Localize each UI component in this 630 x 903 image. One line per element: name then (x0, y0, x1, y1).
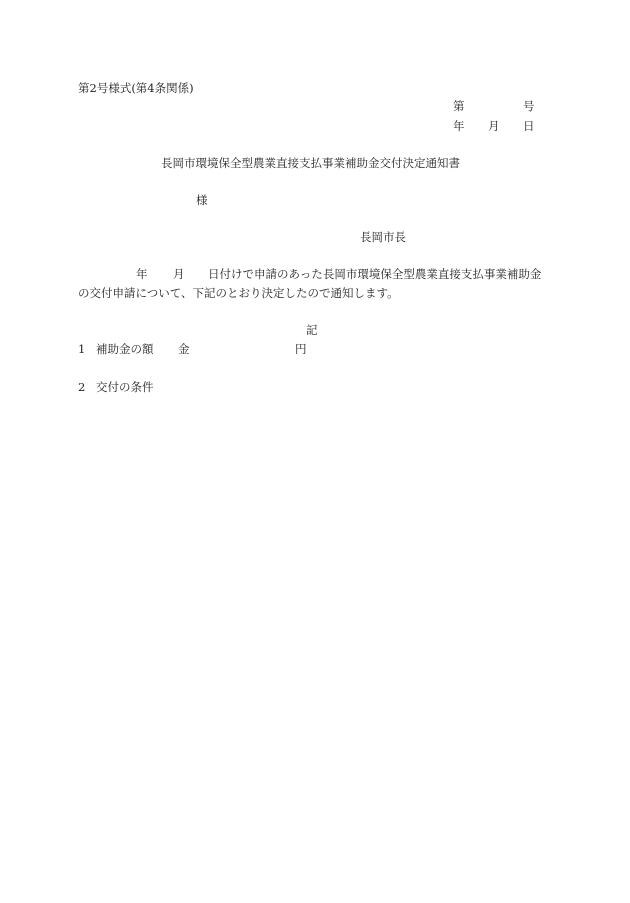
date-day: 日 (523, 119, 535, 133)
item-2-number: 2 (78, 380, 85, 394)
date-year: 年 (453, 119, 465, 133)
sender-name: 長岡市長 (360, 230, 406, 244)
item-1-amount-suffix: 円 (295, 342, 307, 356)
item-1-amount-prefix: 金 (178, 342, 190, 356)
body-line2: の交付申請について、下記のとおり決定したので通知します。 (78, 286, 399, 300)
body-date-month: 月 (173, 267, 185, 281)
ki-heading: 記 (306, 323, 318, 337)
body-line1: 日付けで申請のあった長岡市環境保全型農業直接支払事業補助金 (208, 267, 541, 281)
item-1-label: 補助金の額 (96, 342, 154, 356)
ref-number-prefix: 第 (453, 99, 465, 113)
recipient-honorific: 様 (196, 193, 208, 207)
ref-number-suffix: 号 (523, 99, 535, 113)
item-2-label: 交付の条件 (96, 380, 154, 394)
document-title: 長岡市環境保全型農業直接支払事業補助金交付決定通知書 (161, 156, 460, 170)
date-month: 月 (488, 119, 500, 133)
item-1-number: 1 (78, 342, 85, 356)
body-date-year: 年 (136, 267, 148, 281)
form-number: 第2号様式(第4条関係) (78, 81, 194, 95)
